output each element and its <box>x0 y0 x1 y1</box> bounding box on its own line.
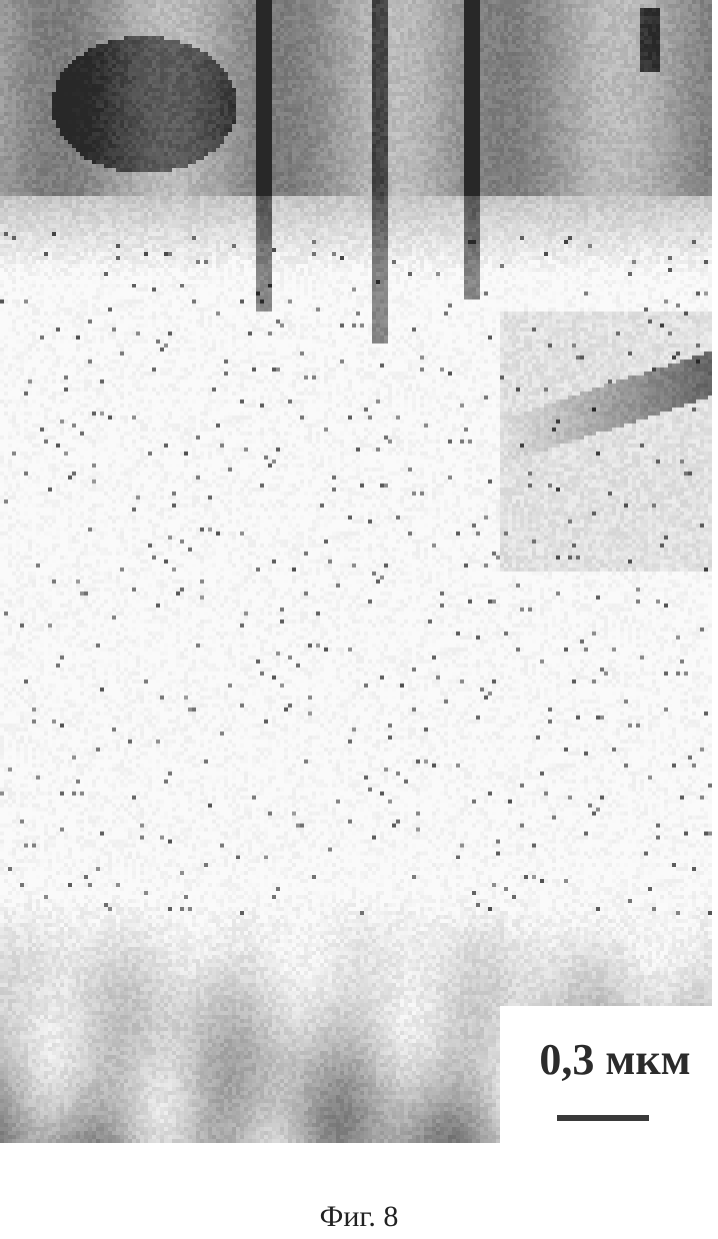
micrograph-figure: 0,3 мкм <box>0 0 712 1143</box>
scale-bar-label: 0,3 мкм <box>512 1034 718 1085</box>
figure-caption: Фиг. 8 <box>0 1200 718 1234</box>
micrograph-image <box>0 0 712 1143</box>
scale-bar-line <box>557 1115 649 1121</box>
scale-bar-panel: 0,3 мкм <box>500 1006 718 1146</box>
